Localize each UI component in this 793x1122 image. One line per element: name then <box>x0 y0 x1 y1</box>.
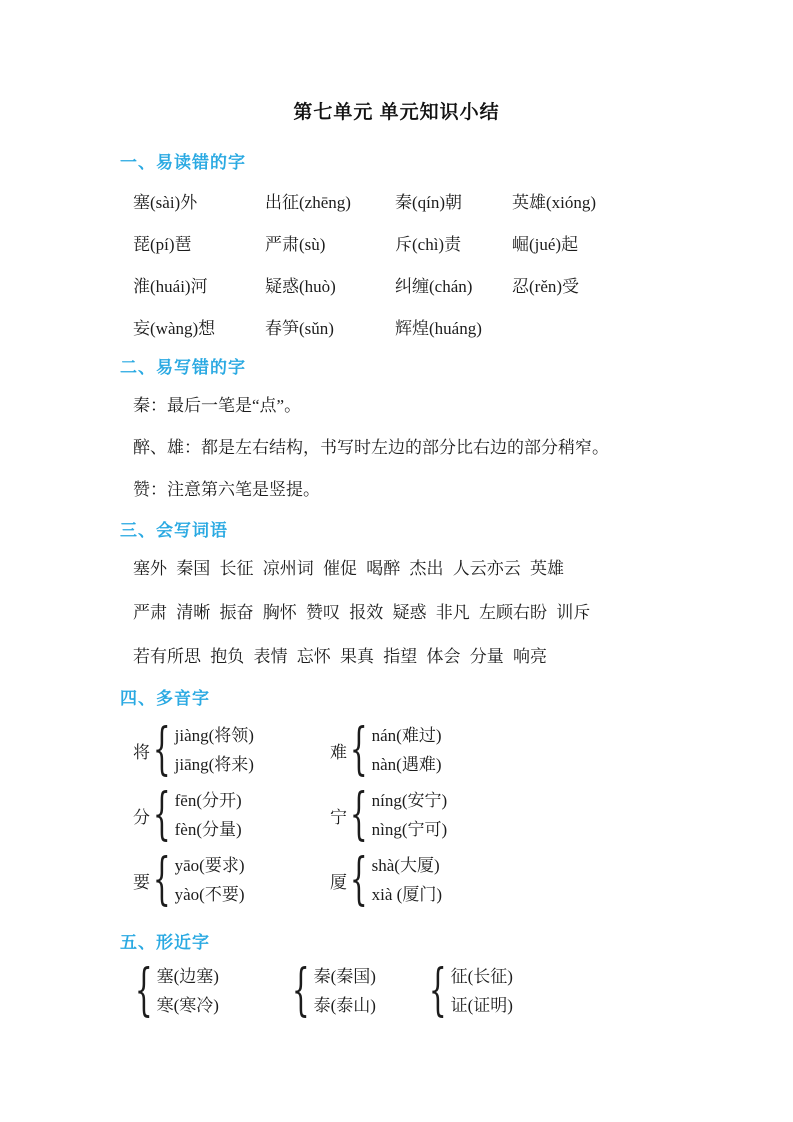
word-item: 塞(sài)外 <box>133 191 265 215</box>
readings: níng(安宁) nìng(宁可) <box>372 786 448 844</box>
readings: jiàng(将领) jiāng(将来) <box>175 721 254 779</box>
page-title: 第七单元 单元知识小结 <box>0 0 793 125</box>
similar-item: 寒(寒冷) <box>157 991 219 1020</box>
polyphonic-char: 难 <box>330 738 347 763</box>
brace-icon: { <box>350 722 368 778</box>
polyphonic-char: 将 <box>133 738 150 763</box>
vocab-line: 若有所思 抱负 表情 忘怀 果真 指望 体会 分量 响亮 <box>133 645 793 669</box>
note-line: 醉、雄：都是左右结构，书写时左边的部分比右边的部分稍窄。 <box>133 436 793 460</box>
word-item: 纠缠(chán) <box>395 275 512 299</box>
word-item: 琵(pí)琶 <box>133 233 265 257</box>
section-heading-vocabulary: 三、会写词语 <box>120 519 793 543</box>
similar-item: 证(证明) <box>451 991 513 1020</box>
polyphonic-entry: 分 { fēn(分开) fèn(分量) <box>133 786 330 844</box>
polyphonic-entry: 难 { nán(难过) nàn(遇难) <box>330 721 793 779</box>
word-item: 淮(huái)河 <box>133 275 265 299</box>
word-item: 春笋(sǔn) <box>265 317 395 341</box>
similar-group: { 塞(边塞) 寒(寒冷) <box>133 961 290 1021</box>
vocab-line: 塞外 秦国 长征 凉州词 催促 喝醉 杰出 人云亦云 英雄 <box>133 557 793 581</box>
similar-item: 塞(边塞) <box>157 962 219 991</box>
word-item: 忍(rěn)受 <box>512 275 793 299</box>
similar-item: 秦(秦国) <box>314 962 376 991</box>
reading: shà(大厦) <box>372 851 442 880</box>
polyphonic-char: 分 <box>133 803 150 828</box>
brace-icon: { <box>350 787 368 843</box>
word-item: 英雄(xióng) <box>512 191 793 215</box>
reading: xià (厦门) <box>372 880 442 909</box>
brace-icon: { <box>135 963 153 1019</box>
word-item: 斥(chì)责 <box>395 233 512 257</box>
polyphonic-char: 要 <box>133 868 150 893</box>
polyphonic-char: 厦 <box>330 868 347 893</box>
reading: jiàng(将领) <box>175 721 254 750</box>
polyphonic-grid: 将 { jiàng(将领) jiāng(将来) 难 { nán(难过) nàn(… <box>133 721 793 916</box>
word-item: 辉煌(huáng) <box>395 317 512 341</box>
readings: nán(难过) nàn(遇难) <box>372 721 442 779</box>
similar-item: 征(长征) <box>451 962 513 991</box>
similar-group: { 征(长征) 证(证明) <box>427 961 793 1021</box>
similar-pair: 秦(秦国) 泰(泰山) <box>314 962 376 1020</box>
vocab-line: 严肃 清晰 振奋 胸怀 赞叹 报效 疑惑 非凡 左顾右盼 训斥 <box>133 601 793 625</box>
section-heading-miswritten: 二、易写错的字 <box>120 356 793 380</box>
readings: fēn(分开) fèn(分量) <box>175 786 242 844</box>
brace-icon: { <box>350 852 368 908</box>
readings: yāo(要求) yào(不要) <box>175 851 245 909</box>
reading: jiāng(将来) <box>175 750 254 779</box>
miswritten-notes: 秦：最后一笔是“点”。 醉、雄：都是左右结构，书写时左边的部分比右边的部分稍窄。… <box>0 394 793 502</box>
brace-icon: { <box>292 963 310 1019</box>
polyphonic-entry: 将 { jiàng(将领) jiāng(将来) <box>133 721 330 779</box>
reading: yāo(要求) <box>175 851 245 880</box>
word-item: 崛(jué)起 <box>512 233 793 257</box>
vocabulary-lines: 塞外 秦国 长征 凉州词 催促 喝醉 杰出 人云亦云 英雄 严肃 清晰 振奋 胸… <box>0 557 793 669</box>
reading: nán(难过) <box>372 721 442 750</box>
reading: yào(不要) <box>175 880 245 909</box>
word-item: 严肃(sù) <box>265 233 395 257</box>
note-line: 赞：注意第六笔是竖提。 <box>133 478 793 502</box>
reading: níng(安宁) <box>372 786 448 815</box>
section-heading-misread: 一、易读错的字 <box>120 151 793 175</box>
polyphonic-entry: 厦 { shà(大厦) xià (厦门) <box>330 851 793 909</box>
word-item: 出征(zhēng) <box>265 191 395 215</box>
reading: fèn(分量) <box>175 815 242 844</box>
polyphonic-entry: 要 { yāo(要求) yào(不要) <box>133 851 330 909</box>
similar-pair: 塞(边塞) 寒(寒冷) <box>157 962 219 1020</box>
brace-icon: { <box>153 787 171 843</box>
word-item: 疑惑(huò) <box>265 275 395 299</box>
section-heading-similar: 五、形近字 <box>120 931 793 955</box>
similar-item: 泰(泰山) <box>314 991 376 1020</box>
document-page: 第七单元 单元知识小结 一、易读错的字 塞(sài)外 出征(zhēng) 秦(… <box>0 0 793 1122</box>
brace-icon: { <box>429 963 447 1019</box>
brace-icon: { <box>153 722 171 778</box>
reading: nìng(宁可) <box>372 815 448 844</box>
word-item: 秦(qín)朝 <box>395 191 512 215</box>
polyphonic-char: 宁 <box>330 803 347 828</box>
readings: shà(大厦) xià (厦门) <box>372 851 442 909</box>
word-item <box>512 317 793 341</box>
similar-grid: { 塞(边塞) 寒(寒冷) { 秦(秦国) 泰(泰山) { 征(长征) 证(证明… <box>133 961 793 1021</box>
word-item: 妄(wàng)想 <box>133 317 265 341</box>
reading: nàn(遇难) <box>372 750 442 779</box>
similar-pair: 征(长征) 证(证明) <box>451 962 513 1020</box>
section-heading-polyphonic: 四、多音字 <box>120 687 793 711</box>
misread-word-grid: 塞(sài)外 出征(zhēng) 秦(qín)朝 英雄(xióng) 琵(pí… <box>133 191 793 341</box>
reading: fēn(分开) <box>175 786 242 815</box>
polyphonic-entry: 宁 { níng(安宁) nìng(宁可) <box>330 786 793 844</box>
similar-group: { 秦(秦国) 泰(泰山) <box>290 961 427 1021</box>
note-line: 秦：最后一笔是“点”。 <box>133 394 793 418</box>
brace-icon: { <box>153 852 171 908</box>
